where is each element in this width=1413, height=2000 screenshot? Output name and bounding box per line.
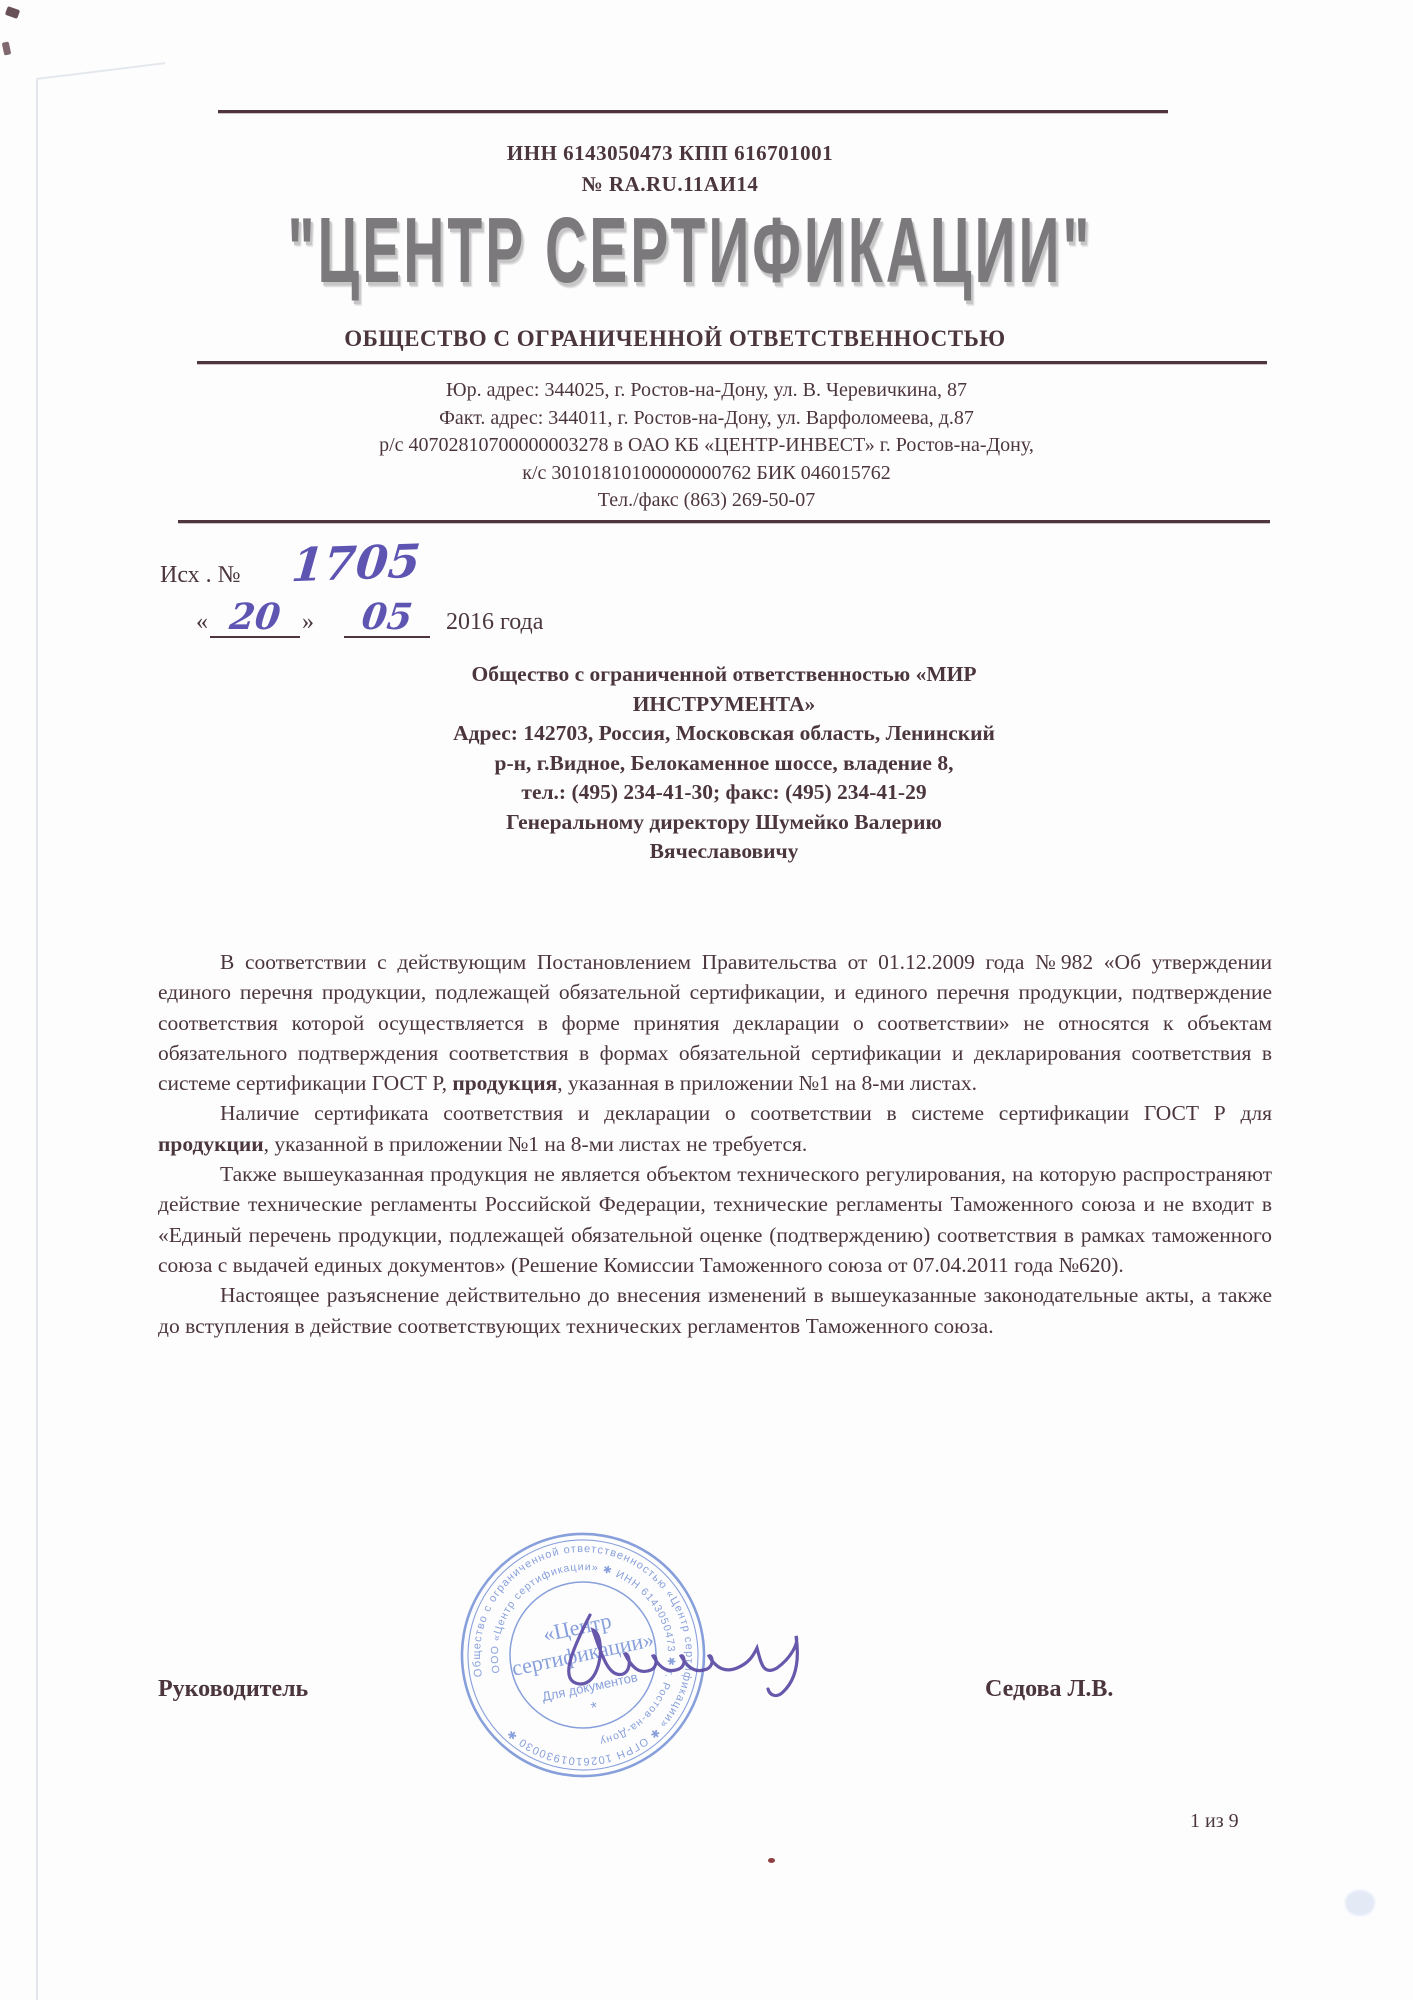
p1-bold-term: продукция — [452, 1071, 557, 1095]
letterhead-org-type: ОБЩЕСТВО С ОГРАНИЧЕННОЙ ОТВЕТСТВЕННОСТЬЮ — [0, 326, 1350, 352]
letterhead-inn-kpp: ИНН 6143050473 КПП 616701001 — [0, 141, 1340, 166]
p2-text-end: , указанной в приложении №1 на 8-ми лист… — [264, 1132, 808, 1156]
date-month-field: 05 — [344, 598, 430, 638]
scanned-letter-page: ИНН 6143050473 КПП 616701001 № RA.RU.11А… — [0, 0, 1413, 2000]
bank-account: р/с 40702810700000003278 в ОАО КБ «ЦЕНТР… — [100, 432, 1313, 460]
p2-text: Наличие сертификата соответствия и декла… — [220, 1101, 1272, 1125]
legal-address: Юр. адрес: 344025, г. Ростов-на-Дону, ул… — [100, 377, 1313, 405]
scan-speck — [768, 1858, 775, 1863]
date-day-field: 20 — [210, 598, 300, 638]
scan-edge-diagonal — [36, 62, 165, 80]
addressee-line: тел.: (495) 234-41-30; факс: (495) 234-4… — [440, 778, 1008, 808]
date-month-handwritten: 05 — [360, 598, 415, 636]
addressee-line: р-н, г.Видное, Белокаменное шоссе, владе… — [440, 749, 1008, 779]
scan-smudge — [1345, 1890, 1375, 1916]
close-quote: » — [302, 609, 314, 638]
addressee-line: ИНСТРУМЕНТА» — [440, 690, 1008, 720]
body-paragraph-1: В соответствии с действующим Постановлен… — [158, 947, 1272, 1098]
actual-address: Факт. адрес: 344011, г. Ростов-на-Дону, … — [100, 405, 1313, 433]
letter-body: В соответствии с действующим Постановлен… — [158, 947, 1272, 1341]
letterhead-address-block: Юр. адрес: 344025, г. Ростов-на-Дону, ул… — [100, 377, 1313, 515]
body-paragraph-3: Также вышеуказанная продукция не являетс… — [158, 1159, 1272, 1280]
corr-account-bik: к/с 30101810100000000762 БИК 046015762 — [100, 460, 1313, 488]
outgoing-number-handwritten: 1705 — [289, 534, 422, 592]
signer-position-label: Руководитель — [158, 1676, 308, 1703]
letterhead-middle-rule — [197, 361, 1267, 364]
letterhead-bottom-rule — [178, 520, 1270, 523]
p2-bold-term: продукции — [158, 1132, 264, 1156]
open-quote: « — [196, 609, 208, 638]
phone-fax: Тел./факс (863) 269-50-07 — [100, 487, 1313, 515]
outgoing-number-label: Исх . № — [160, 562, 241, 589]
scan-edge-line — [36, 80, 38, 2000]
date-year: 2016 года — [446, 609, 543, 638]
scan-speck — [5, 6, 20, 19]
page-number: 1 из 9 — [1190, 1810, 1239, 1833]
date-day-handwritten: 20 — [228, 598, 283, 636]
letterhead-company-title: "ЦЕНТР СЕРТИФИКАЦИИ" — [0, 198, 1380, 305]
addressee-line: Вячеславовичу — [440, 837, 1008, 867]
addressee-block: Общество с ограниченной ответственностью… — [440, 660, 1008, 867]
scan-speck — [2, 41, 12, 55]
addressee-line: Общество с ограниченной ответственностью… — [440, 660, 1008, 690]
signer-name: Седова Л.В. — [985, 1676, 1113, 1703]
letterhead-top-rule — [218, 110, 1168, 113]
handwritten-signature — [520, 1580, 850, 1720]
body-paragraph-2: Наличие сертификата соответствия и декла… — [158, 1098, 1272, 1159]
addressee-line: Адрес: 142703, Россия, Московская област… — [440, 719, 1008, 749]
addressee-line: Генеральному директору Шумейко Валерию — [440, 808, 1008, 838]
letterhead-reg-number: № RA.RU.11АИ14 — [0, 172, 1340, 197]
p1-text-end: , указанная в приложении №1 на 8-ми лист… — [557, 1071, 977, 1095]
outgoing-date-line: «20»052016 года — [196, 596, 543, 638]
body-paragraph-4: Настоящее разъяснение действительно до в… — [158, 1280, 1272, 1341]
